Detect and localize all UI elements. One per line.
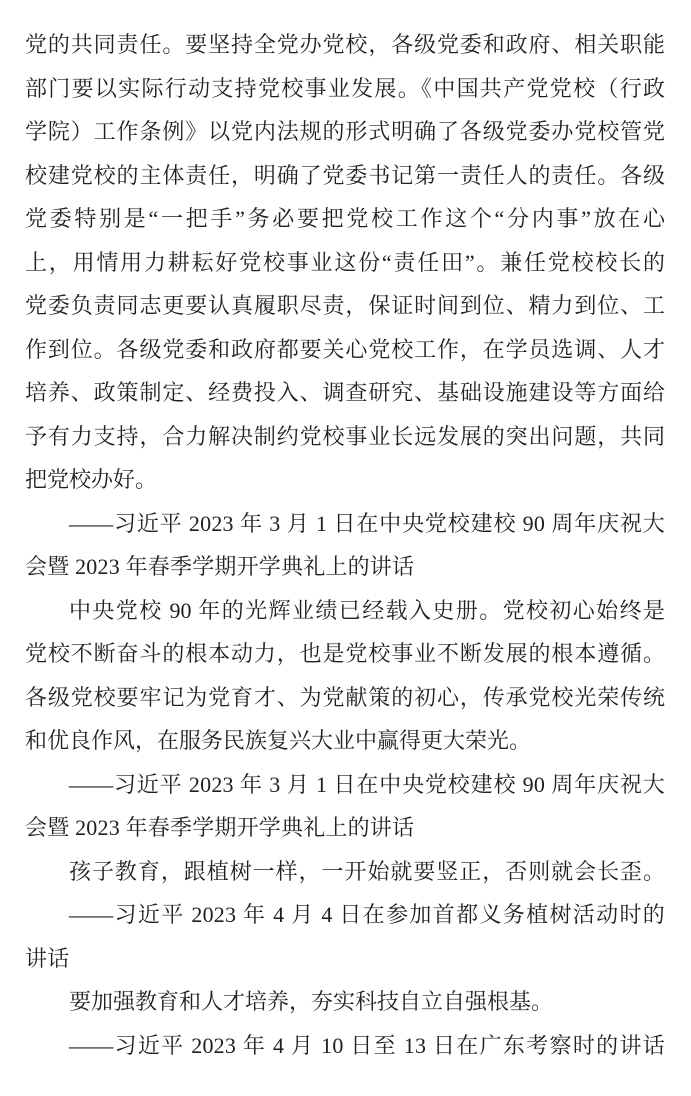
text-line: 予有力支持，合力解决制约党校事业长远发展的突出问题，共同 [25,415,665,459]
text-line: 党委负责同志更要认真履职尽责，保证时间到位、精力到位、工 [25,284,665,328]
text-line: 和优良作风，在服务民族复兴大业中赢得更大荣光。 [25,719,665,763]
attribution-line: ——习近平 2023 年 3 月 1 日在中央党校建校 90 周年庆祝大 [25,763,665,807]
text-line: 部门要以实际行动支持党校事业发展。《中国共产党党校（行政 [25,67,665,111]
text-line: 学院）工作条例》以党内法规的形式明确了各级党委办党校管党 [25,110,665,154]
attribution-line: ——习近平 2023 年 4 月 10 日至 13 日在广东考察时的讲话 [25,1024,665,1068]
attribution-line: ——习近平 2023 年 3 月 1 日在中央党校建校 90 周年庆祝大 [25,502,665,546]
text-line: 党的共同责任。要坚持全党办党校，各级党委和政府、相关职能 [25,23,665,67]
text-line: 上，用情用力耕耘好党校事业这份“责任田”。兼任党校校长的 [25,241,665,285]
text-line: 要加强教育和人才培养，夯实科技自立自强根基。 [25,980,665,1024]
text-line: 把党校办好。 [25,458,665,502]
text-line: 作到位。各级党委和政府都要关心党校工作，在学员选调、人才 [25,328,665,372]
text-line: 党校不断奋斗的根本动力，也是党校事业不断发展的根本遵循。 [25,632,665,676]
text-line: 孩子教育，跟植树一样，一开始就要竖正，否则就会长歪。 [25,850,665,894]
attribution-line: ——习近平 2023 年 4 月 4 日在参加首都义务植树活动时的 [25,893,665,937]
text-line: 中央党校 90 年的光辉业绩已经载入史册。党校初心始终是 [25,589,665,633]
document-page: 党的共同责任。要坚持全党办党校，各级党委和政府、相关职能 部门要以实际行动支持党… [0,0,691,1096]
attribution-line: 讲话 [25,937,665,981]
attribution-line: 会暨 2023 年春季学期开学典礼上的讲话 [25,806,665,850]
text-line: 党委特别是“一把手”务必要把党校工作这个“分内事”放在心 [25,197,665,241]
attribution-line: 会暨 2023 年春季学期开学典礼上的讲话 [25,545,665,589]
text-line: 培养、政策制定、经费投入、调查研究、基础设施建设等方面给 [25,371,665,415]
text-line: 校建党校的主体责任，明确了党委书记第一责任人的责任。各级 [25,154,665,198]
text-line: 各级党校要牢记为党育才、为党献策的初心，传承党校光荣传统 [25,676,665,720]
